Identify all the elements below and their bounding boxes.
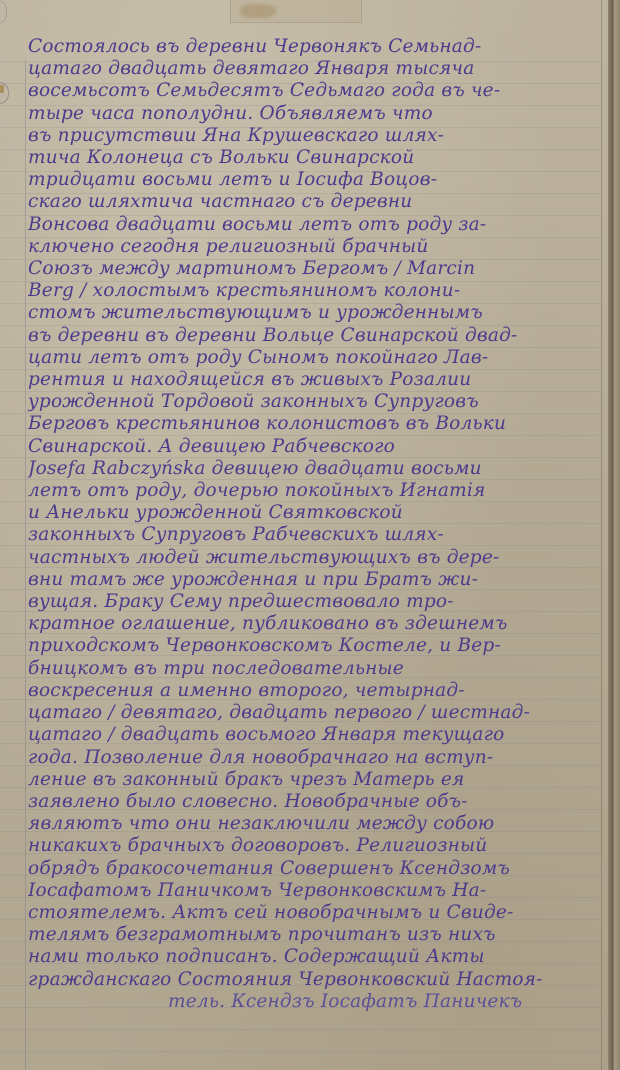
text-line: цатаго двадцать девятаго Января тысяча: [28, 58, 594, 80]
text-line: года. Позволение для новобрачнаго на вст…: [28, 747, 594, 769]
stamp-stain-mark: [240, 4, 276, 18]
text-line: Іосафатомъ Паничкомъ Червонковскимъ На-: [28, 880, 594, 902]
text-line: рентия и находящейся въ живыхъ Розалии: [28, 369, 594, 391]
margin-tick-mark: [0, 85, 4, 93]
margin-curl-mark: [0, 0, 7, 24]
text-line: Состоялось въ деревни Червонякъ Семьнад-: [28, 36, 594, 58]
text-line: цатаго / девятаго, двадцать первого / ше…: [28, 702, 594, 724]
text-line: цати летъ отъ роду Сыномъ покойнаго Лав-: [28, 347, 594, 369]
text-line: Берговъ крестьянинов колонистовъ въ Воль…: [28, 413, 594, 435]
text-line: законныхъ Супруговъ Рабчевскихъ шлях-: [28, 524, 594, 546]
handwritten-record-text: Состоялось въ деревни Червонякъ Семьнад-…: [28, 36, 594, 1013]
text-line: Свинарской. А девицею Рабчевского: [28, 436, 594, 458]
text-line: урожденной Тордовой законныхъ Супруговъ: [28, 391, 594, 413]
text-line: никакихъ брачныхъ договоровъ. Религиозны…: [28, 835, 594, 857]
text-line: нами только подписанъ. Содержащий Акты: [28, 946, 594, 968]
text-line: въ присутствии Яна Крушевскаго шлях-: [28, 125, 594, 147]
document-page: Состоялось въ деревни Червонякъ Семьнад-…: [0, 0, 620, 1070]
text-line: Josefa Rabczyńska девицею двадцати восьм…: [28, 458, 594, 480]
text-line: ключено сегодня религиозный брачный: [28, 236, 594, 258]
text-line: частныхъ людей жительствующихъ въ дере-: [28, 547, 594, 569]
text-line: обрядъ бракосочетания Совершенъ Ксендзом…: [28, 858, 594, 880]
text-line: вни тамъ же урожденная и при Братъ жи-: [28, 569, 594, 591]
text-line: гражданскаго Состояния Червонковский Нас…: [28, 969, 594, 991]
text-line: ление въ законный бракъ чрезъ Матерь ея: [28, 769, 594, 791]
text-line: и Анельки урожденной Святковской: [28, 502, 594, 524]
text-line: летъ отъ роду, дочерью покойныхъ Игнатія: [28, 480, 594, 502]
margin-line: [25, 60, 26, 1070]
spine-fold-line: [601, 0, 602, 1070]
text-line: Berg / холостымъ крестьяниномъ колони-: [28, 280, 594, 302]
text-line: воскресения а именно второго, четырнад-: [28, 680, 594, 702]
text-line: тридцати восьми летъ и Іосифа Воцов-: [28, 169, 594, 191]
text-line: цатаго / двадцать восьмого Января текуща…: [28, 724, 594, 746]
book-spine-edge: [608, 0, 620, 1070]
signature-line: тель. Ксендзъ Іосафатъ Паничекъ: [28, 991, 594, 1013]
text-line: восемьсотъ Семьдесятъ Седьмаго года въ ч…: [28, 80, 594, 102]
text-line: кратное оглашение, публиковано въ здешне…: [28, 613, 594, 635]
text-line: стоятелемъ. Актъ сей новобрачнымъ и Свид…: [28, 902, 594, 924]
text-line: вущая. Браку Сему предшествовало тро-: [28, 591, 594, 613]
text-line: Союзъ между мартиномъ Бергомъ / Marcin: [28, 258, 594, 280]
text-line: тича Колонеца съ Вольки Свинарской: [28, 147, 594, 169]
text-line: стомъ жительствующимъ и урожденнымъ: [28, 302, 594, 324]
text-line: въ деревни въ деревни Вольце Свинарской …: [28, 325, 594, 347]
text-line: скаго шляхтича частнаго съ деревни: [28, 191, 594, 213]
text-line: тыре часа пополудни. Объявляемъ что: [28, 103, 594, 125]
text-line: бницкомъ въ три последовательные: [28, 658, 594, 680]
text-line: Вонсова двадцати восьми летъ отъ роду за…: [28, 214, 594, 236]
text-line: телямъ безграмотнымъ прочитанъ изъ нихъ: [28, 924, 594, 946]
text-line: заявлено было словесно. Новобрачные объ-: [28, 791, 594, 813]
text-line: приходскомъ Червонковскомъ Костеле, и Ве…: [28, 635, 594, 657]
text-line: являютъ что они незаключили между собою: [28, 813, 594, 835]
